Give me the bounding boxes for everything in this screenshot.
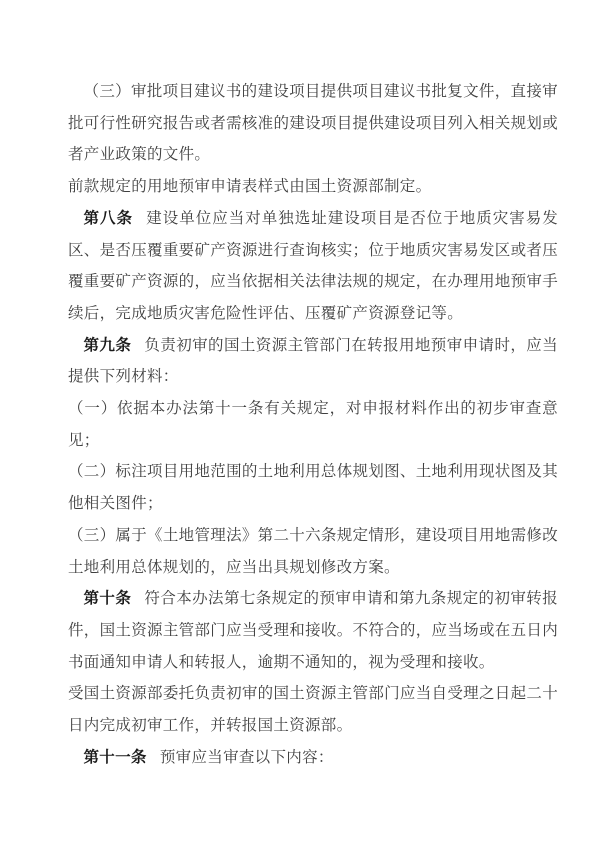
paragraph-text: 符合本办法第七条规定的预审申请和第九条规定的初审转报件，国土资源主管部门应当受理…: [68, 590, 558, 670]
paragraph-article-11: 第十一条预审应当审查以下内容：: [68, 742, 558, 774]
paragraph-text: （三）审批项目建议书的建设项目提供项目建议书批复文件，直接审批可行性研究报告或者…: [68, 83, 558, 163]
paragraph-text: 预审应当审查以下内容：: [160, 749, 334, 766]
article-number-label: 第十一条: [84, 749, 147, 766]
paragraph-article-8: 第八条建设单位应当对单独选址建设项目是否位于地质灾害易发区、是否压覆重要矿产资源…: [68, 203, 558, 330]
paragraph-list-item-2: （二）标注项目用地范围的土地利用总体规划图、土地利用现状图及其他相关图件；: [68, 456, 558, 519]
article-number-label: 第九条: [84, 337, 132, 354]
document-body: （三）审批项目建议书的建设项目提供项目建议书批复文件，直接审批可行性研究报告或者…: [68, 76, 558, 773]
paragraph-list-item-3: （三）属于《土地管理法》第二十六条规定情形，建设项目用地需修改土地利用总体规划的…: [68, 520, 558, 583]
article-number-label: 第十条: [84, 590, 132, 607]
paragraph-text: 受国土资源部委托负责初审的国土资源主管部门应当自受理之日起二十日内完成初审工作，…: [68, 685, 558, 734]
paragraph-text: 前款规定的用地预审申请表样式由国土资源部制定。: [68, 178, 431, 195]
paragraph-text: 建设单位应当对单独选址建设项目是否位于地质灾害易发区、是否压覆重要矿产资源进行查…: [68, 210, 558, 322]
paragraph-list-item-1: （一）依据本办法第十一条有关规定，对申报材料作出的初步审查意见；: [68, 393, 558, 456]
paragraph: 受国土资源部委托负责初审的国土资源主管部门应当自受理之日起二十日内完成初审工作，…: [68, 678, 558, 741]
document-page: （三）审批项目建议书的建设项目提供项目建议书批复文件，直接审批可行性研究报告或者…: [0, 0, 595, 841]
paragraph-text: （一）依据本办法第十一条有关规定，对申报材料作出的初步审查意见；: [68, 400, 558, 449]
paragraph: 前款规定的用地预审申请表样式由国土资源部制定。: [68, 171, 558, 203]
paragraph-text: （二）标注项目用地范围的土地利用总体规划图、土地利用现状图及其他相关图件；: [68, 463, 558, 512]
paragraph-article-9: 第九条负责初审的国土资源主管部门在转报用地预审申请时，应当提供下列材料：: [68, 330, 558, 393]
paragraph-article-10: 第十条符合本办法第七条规定的预审申请和第九条规定的初审转报件，国土资源主管部门应…: [68, 583, 558, 678]
paragraph-text: （三）属于《土地管理法》第二十六条规定情形，建设项目用地需修改土地利用总体规划的…: [68, 527, 558, 576]
paragraph: （三）审批项目建议书的建设项目提供项目建议书批复文件，直接审批可行性研究报告或者…: [68, 76, 558, 171]
article-number-label: 第八条: [84, 210, 134, 227]
paragraph-text: 负责初审的国土资源主管部门在转报用地预审申请时，应当提供下列材料：: [68, 337, 558, 386]
